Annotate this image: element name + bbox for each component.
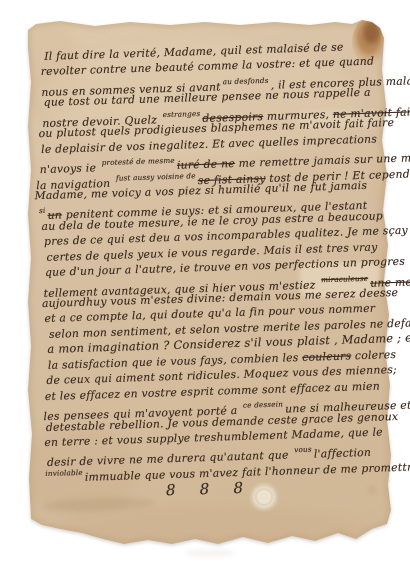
interlinear-insertion: fust aussy voisine de (116, 171, 196, 183)
interlinear-insertion: miraculeuse (321, 273, 368, 283)
mottle-stain (60, 505, 360, 555)
flourish-glyph: 8 (199, 480, 209, 498)
manuscript-text: Il faut dire la verité, Madame, quil est… (40, 38, 399, 503)
flourish-glyph: 8 (233, 479, 243, 497)
interlinear-insertion: au desfonds (222, 76, 268, 86)
interlinear-insertion: estranges (163, 109, 201, 119)
interlinear-insertion: si (39, 206, 46, 215)
flourish-glyph: 8 (166, 481, 176, 499)
interlinear-insertion: inviolable (45, 468, 83, 478)
interlinear-insertion: ce dessein (243, 400, 283, 410)
text-segment: coleres (351, 348, 396, 362)
interlinear-insertion: vous (294, 445, 312, 455)
photographed-manuscript-page: Il faut dire la verité, Madame, quil est… (0, 0, 410, 567)
strikethrough-segment: couleurs (302, 349, 351, 364)
interlinear-insertion: protesté de mesme (102, 156, 175, 167)
